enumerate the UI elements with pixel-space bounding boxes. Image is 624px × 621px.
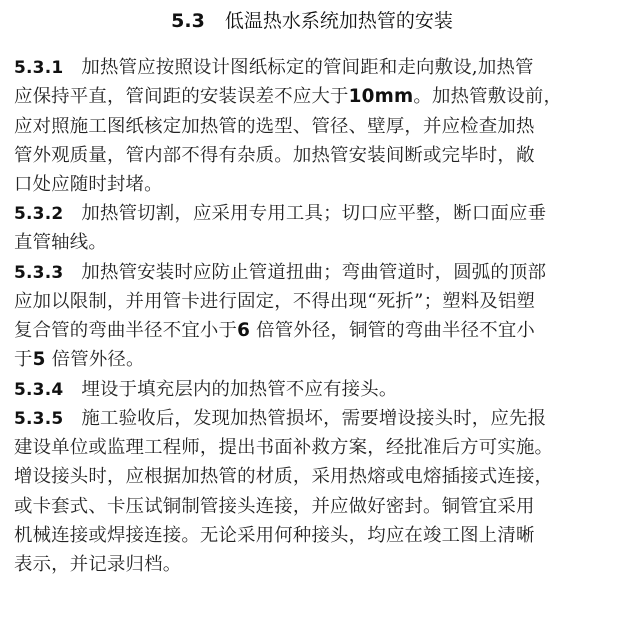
clause-text: 复合管的弯曲半径不宜小于 (14, 320, 237, 341)
clause-5-3-1-line-1: 5.3.1加热管应按照设计图纸标定的管间距和走向敷设,加热管 (14, 55, 614, 81)
clause-5-3-3-line-4: 于5 倍管外径。 (14, 347, 614, 373)
clause-number: 5.3.3 (14, 263, 63, 283)
clause-5-3-5-line-3: 增设接头时，应根据加热管的材质，采用热熔或电熔插接式连接， (14, 464, 614, 490)
clause-text: 施工验收后，发现加热管损坏，需要增设接头时，应先报 (81, 408, 546, 429)
clause-5-3-3-line-1: 5.3.3加热管安装时应防止管道扭曲；弯曲管道时，圆弧的顶部 (14, 260, 614, 286)
clause-5-3-3-line-2: 应加以限制，并用管卡进行固定，不得出现“死折”；塑料及铝塑 (14, 289, 614, 315)
clause-text: 加热管安装时应防止管道扭曲；弯曲管道时，圆弧的顶部 (81, 262, 546, 283)
bend-radius-value: 6 (237, 320, 250, 341)
section-heading: 5.3低温热水系统加热管的安装 (0, 8, 624, 34)
clause-5-3-5-line-1: 5.3.5施工验收后，发现加热管损坏，需要增设接头时，应先报 (14, 406, 614, 432)
clause-5-3-5-line-2: 建设单位或监理工程师，提出书面补救方案，经批准后方可实施。 (14, 435, 614, 461)
clause-text: 倍管外径，铜管的弯曲半径不宜小 (250, 320, 535, 341)
section-title: 低温热水系统加热管的安装 (225, 10, 453, 32)
tolerance-value: 10mm (349, 86, 414, 107)
clause-number: 5.3.1 (14, 58, 63, 78)
clause-5-3-5-line-5: 机械连接或焊接连接。无论采用何种接头，均应在竣工图上清晰 (14, 523, 614, 549)
clause-number: 5.3.5 (14, 409, 63, 429)
clause-5-3-5-line-6: 表示，并记录归档。 (14, 552, 614, 578)
bend-radius-value: 5 (33, 349, 46, 370)
clause-text: 应保持平直，管间距的安装误差不应大于 (14, 86, 349, 107)
clause-5-3-2-line-1: 5.3.2加热管切割，应采用专用工具；切口应平整，断口面应垂 (14, 201, 614, 227)
clause-text: 埋设于填充层内的加热管不应有接头。 (81, 379, 397, 400)
clause-text: 加热管应按照设计图纸标定的管间距和走向敷设,加热管 (81, 57, 533, 78)
clause-text: 。加热管敷设前， (413, 86, 562, 107)
clause-text: 倍管外径。 (46, 349, 145, 370)
clause-5-3-4-line-1: 5.3.4埋设于填充层内的加热管不应有接头。 (14, 377, 614, 403)
clause-number: 5.3.2 (14, 204, 63, 224)
clause-text: 于 (14, 349, 33, 370)
document-page: 5.3低温热水系统加热管的安装 5.3.1加热管应按照设计图纸标定的管间距和走向… (0, 0, 624, 621)
clause-5-3-1-line-2: 应保持平直，管间距的安装误差不应大于10mm。加热管敷设前， (14, 84, 614, 110)
clause-text: 加热管切割，应采用专用工具；切口应平整，断口面应垂 (81, 203, 546, 224)
clause-number: 5.3.4 (14, 380, 63, 400)
section-number: 5.3 (171, 10, 205, 32)
clause-5-3-2-line-2: 直管轴线。 (14, 230, 614, 256)
clause-5-3-1-line-4: 管外观质量，管内部不得有杂质。加热管安装间断或完毕时，敞 (14, 143, 614, 169)
clause-5-3-5-line-4: 或卡套式、卡压试铜制管接头连接，并应做好密封。铜管宜采用 (14, 494, 614, 520)
clause-5-3-1-line-5: 口处应随时封堵。 (14, 172, 614, 198)
clause-5-3-1-line-3: 应对照施工图纸核定加热管的选型、管径、壁厚，并应检查加热 (14, 114, 614, 140)
clause-5-3-3-line-3: 复合管的弯曲半径不宜小于6 倍管外径，铜管的弯曲半径不宜小 (14, 318, 614, 344)
